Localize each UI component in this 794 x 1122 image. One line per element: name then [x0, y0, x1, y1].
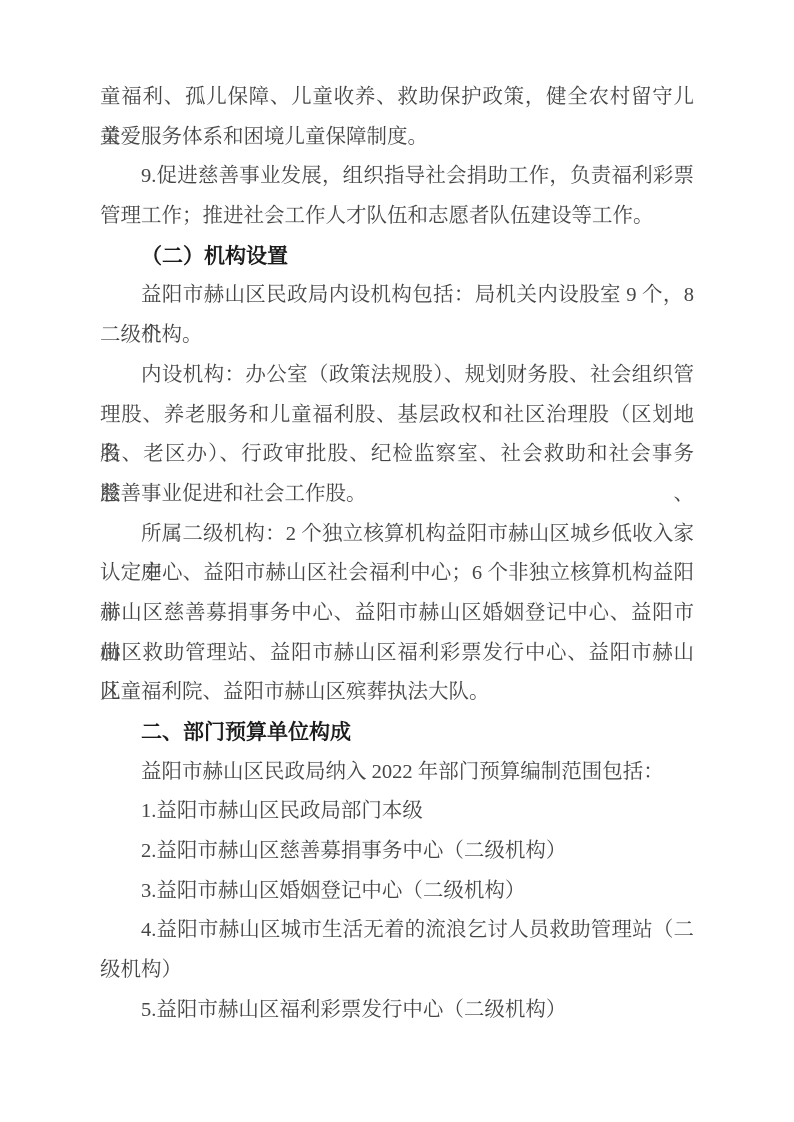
- document-line: 1.益阳市赫山区民政局部门本级: [100, 792, 694, 832]
- document-body: 童福利、孤儿保障、儿童收养、救助保护政策，健全农村留守儿童关爱服务体系和困境儿童…: [100, 78, 694, 1031]
- document-line: 9.促进慈善事业发展，组织指导社会捐助工作，负责福利彩票: [100, 157, 694, 197]
- document-line: 益阳市赫山区民政局内设机构包括：局机关内设股室 9 个，8 个: [100, 276, 694, 316]
- document-line: 所属二级机构：2 个独立核算机构益阳市赫山区城乡低收入家庭: [100, 515, 694, 555]
- document-line: 内设机构：办公室（政策法规股）、规划财务股、社会组织管: [100, 356, 694, 396]
- document-page: 童福利、孤儿保障、儿童收养、救助保护政策，健全农村留守儿童关爱服务体系和困境儿童…: [0, 0, 794, 1122]
- document-line: 认定中心、益阳市赫山区社会福利中心；6 个非独立核算机构益阳市: [100, 554, 694, 594]
- document-line: 山区救助管理站、益阳市赫山区福利彩票发行中心、益阳市赫山区: [100, 634, 694, 674]
- document-line: 级机构）: [100, 951, 694, 991]
- document-line: 2.益阳市赫山区慈善募捐事务中心（二级机构）: [100, 832, 694, 872]
- document-line: 益阳市赫山区民政局纳入 2022 年部门预算编制范围包括：: [100, 753, 694, 793]
- document-line: 5.益阳市赫山区福利彩票发行中心（二级机构）: [100, 991, 694, 1031]
- document-line: 理股、养老服务和儿童福利股、基层政权和社区治理股（区划地名: [100, 396, 694, 436]
- section-heading: （二）机构设置: [100, 237, 694, 277]
- document-line: 关爱服务体系和困境儿童保障制度。: [100, 118, 694, 158]
- document-line: 4.益阳市赫山区城市生活无着的流浪乞讨人员救助管理站（二: [100, 911, 694, 951]
- document-line: 赫山区慈善募捐事务中心、益阳市赫山区婚姻登记中心、益阳市赫: [100, 594, 694, 634]
- document-line: 3.益阳市赫山区婚姻登记中心（二级机构）: [100, 872, 694, 912]
- section-heading: 二、部门预算单位构成: [100, 713, 694, 753]
- document-line: 童福利、孤儿保障、儿童收养、救助保护政策，健全农村留守儿童: [100, 78, 694, 118]
- document-line: 管理工作；推进社会工作人才队伍和志愿者队伍建设等工作。: [100, 197, 694, 237]
- document-line: 儿童福利院、益阳市赫山区殡葬执法大队。: [100, 673, 694, 713]
- document-line: 股、老区办）、行政审批股、纪检监察室、社会救助和社会事务股、: [100, 435, 694, 475]
- document-line: 二级机构。: [100, 316, 694, 356]
